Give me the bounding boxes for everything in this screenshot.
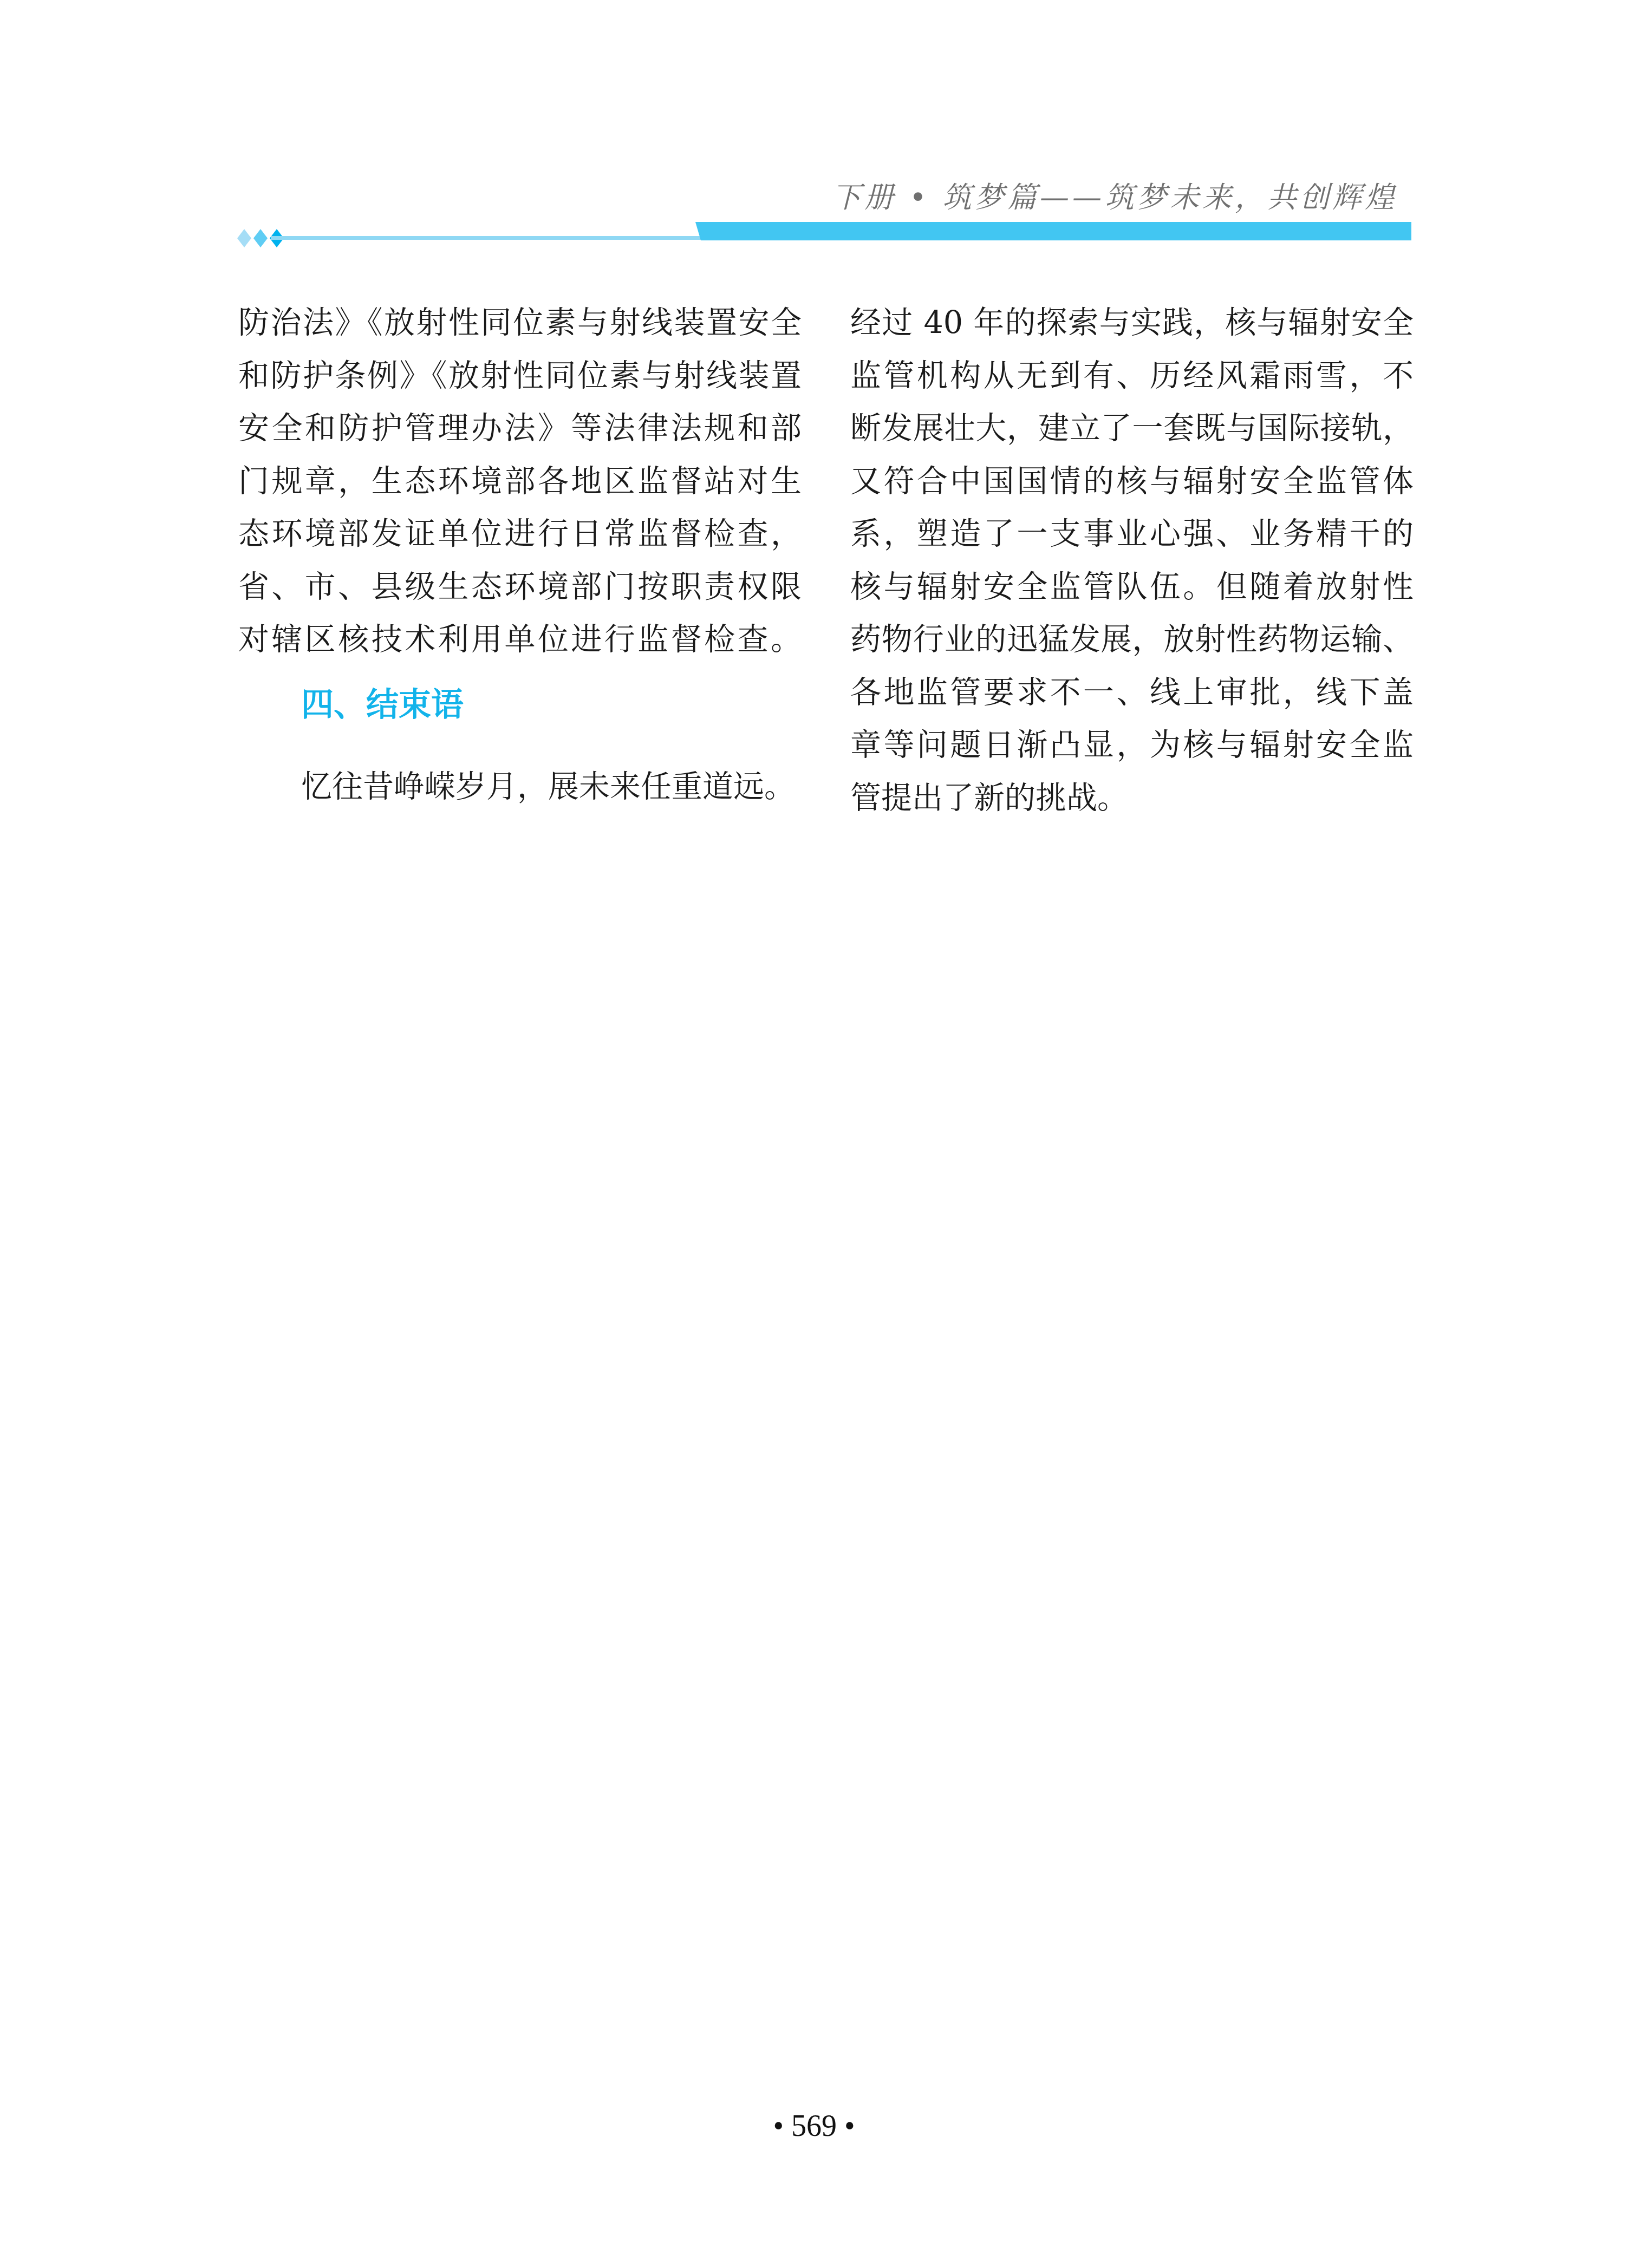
text-line: 章等问题日渐凸显，为核与辐射安全监 <box>850 719 1414 772</box>
text-line: 安全和防护管理办法》等法律法规和部 <box>238 402 802 455</box>
text-line: 系，塑造了一支事业心强、业务精干的 <box>850 508 1414 561</box>
text-line: 管提出了新的挑战。 <box>850 772 1414 825</box>
text-line: 核与辐射安全监管队伍。但随着放射性 <box>850 561 1414 614</box>
page-number: • 569 • <box>0 2109 1628 2143</box>
text-line: 防治法》《放射性同位素与射线装置安全 <box>238 297 802 350</box>
text-line: 对辖区核技术利用单位进行监督检查。 <box>238 613 802 666</box>
text-line: 和防护条例》《放射性同位素与射线装置 <box>238 350 802 403</box>
left-column: 防治法》《放射性同位素与射线装置安全 和防护条例》《放射性同位素与射线装置 安全… <box>238 297 802 666</box>
text-line: 态环境部发证单位进行日常监督检查， <box>238 508 802 561</box>
text-line: 门规章，生态环境部各地区监督站对生 <box>238 455 802 508</box>
text-line: 断发展壮大，建立了一套既与国际接轨， <box>850 402 1414 455</box>
closing-paragraph: 忆往昔峥嵘岁月，展未来任重道远。 <box>301 761 802 814</box>
diamond-icon <box>237 229 251 247</box>
diamond-icon <box>253 229 268 247</box>
header-rule-line <box>271 236 720 240</box>
text-line: 各地监管要求不一、线上审批，线下盖 <box>850 666 1414 720</box>
running-head-title: 下册 • 筑梦篇——筑梦未来，共创辉煌 <box>785 179 1397 217</box>
section-heading: 四、结束语 <box>301 683 464 727</box>
text-line: 监管机构从无到有、历经风霜雨雪，不 <box>850 350 1414 403</box>
header-accent-bar <box>695 222 1411 240</box>
text-line: 又符合中国国情的核与辐射安全监管体 <box>850 455 1414 508</box>
text-line: 药物行业的迅猛发展，放射性药物运输、 <box>850 613 1414 666</box>
text-line: 省、市、县级生态环境部门按职责权限 <box>238 561 802 614</box>
text-line: 经过 40 年的探索与实践，核与辐射安全 <box>850 297 1414 350</box>
right-column: 经过 40 年的探索与实践，核与辐射安全 监管机构从无到有、历经风霜雨雪，不 断… <box>850 297 1414 825</box>
